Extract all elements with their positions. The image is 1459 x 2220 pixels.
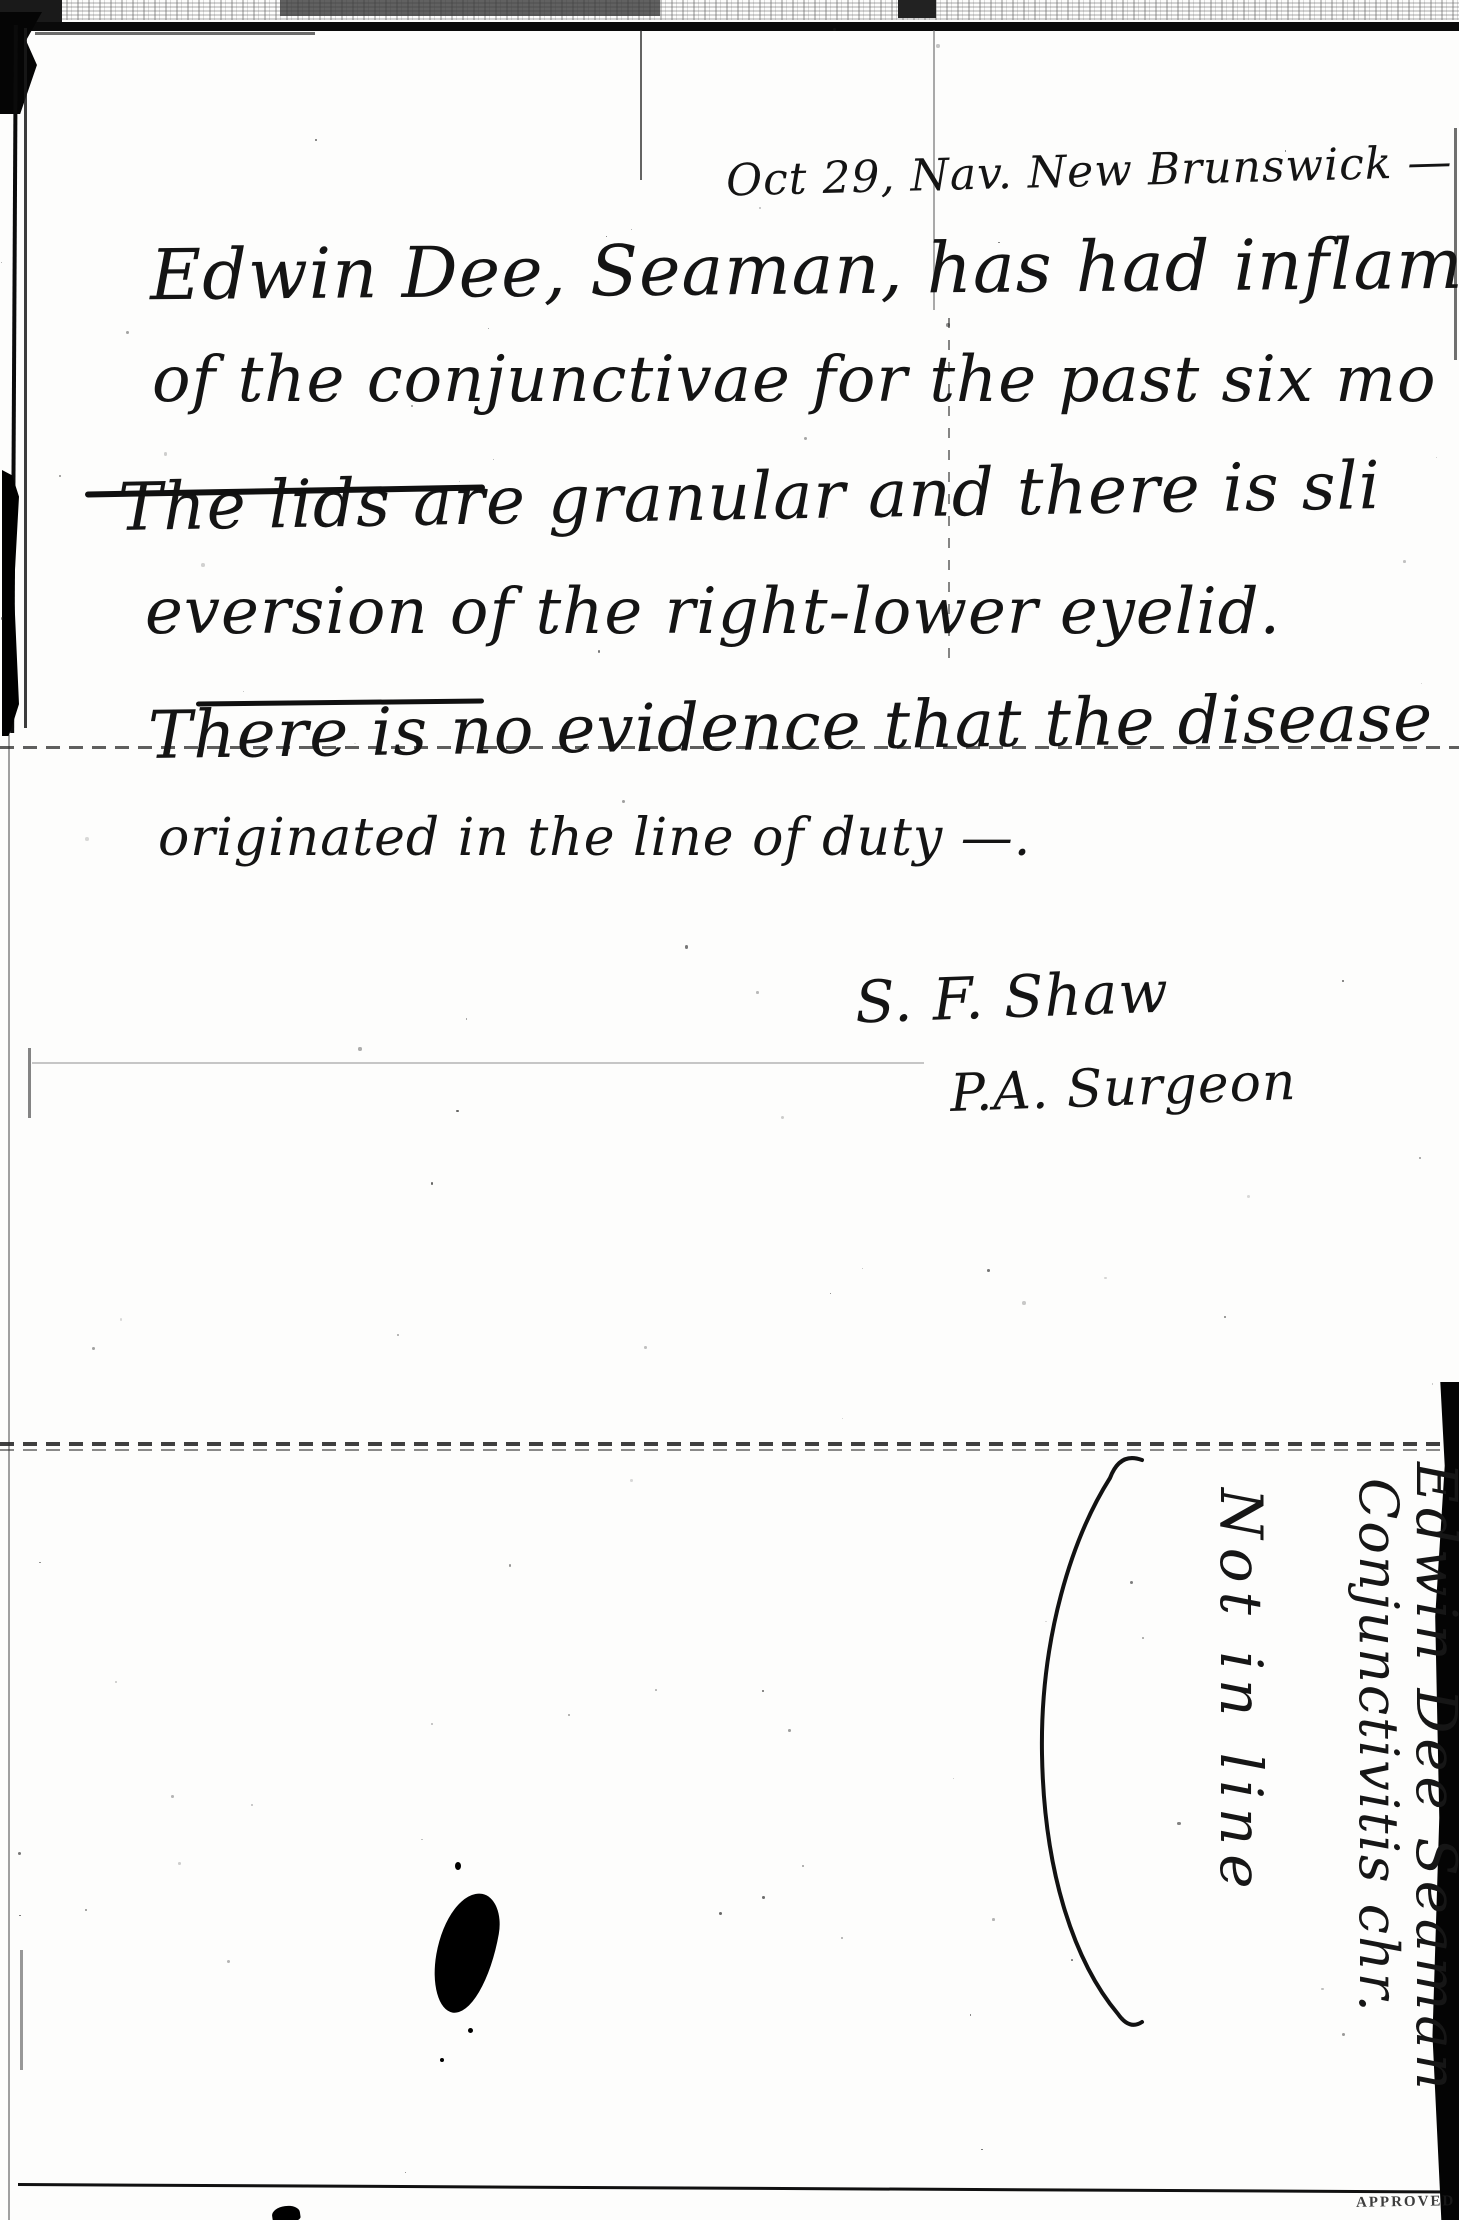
fold-line-main-echo	[0, 1449, 1459, 1451]
paper-speck	[466, 1018, 468, 1020]
paper-speck	[171, 1795, 174, 1798]
paper-speck	[762, 1896, 765, 1899]
scan-artifact-left-stroke-mid	[28, 1048, 31, 1118]
date-heading: Oct 29, Nav. New Brunswick —	[726, 140, 1453, 203]
paper-speck	[655, 1689, 657, 1691]
annotation-brace	[1020, 1452, 1150, 2042]
scan-artifact-vline-center-a	[640, 30, 642, 180]
body-line-3: The lids are granular and there is sli	[118, 453, 1382, 541]
paper-speck	[397, 1334, 399, 1336]
paper-speck	[644, 1346, 647, 1349]
paper-speck	[1436, 457, 1437, 458]
scan-artifact-top-bar	[30, 22, 1459, 31]
signature-name: S. F. Shaw	[854, 963, 1170, 1032]
paper-speck	[421, 1839, 423, 1841]
paper-speck	[1419, 1157, 1421, 1159]
paper-speck	[598, 650, 600, 652]
paper-speck	[622, 800, 625, 803]
paper-speck	[488, 328, 489, 329]
body-line-5: There is no evidence that the disease	[148, 685, 1434, 769]
approved-stamp: APPROVED	[1356, 2193, 1456, 2212]
paper-speck	[781, 1116, 784, 1119]
ink-blot-speck-b	[468, 2028, 473, 2033]
paper-speck	[804, 437, 807, 440]
paper-speck	[1224, 1316, 1225, 1317]
paper-speck	[981, 2149, 983, 2151]
paper-speck	[1104, 1277, 1107, 1280]
body-line-2: of the conjunctivae for the past six mo	[152, 348, 1436, 412]
scan-artifact-left-stroke-low	[20, 1950, 23, 2070]
scan-artifact-top-bar-shadow	[35, 32, 315, 35]
paper-speck	[251, 1804, 253, 1806]
paper-speck	[19, 1915, 21, 1917]
paper-speck	[509, 1564, 512, 1567]
paper-speck	[1432, 1383, 1434, 1385]
ink-blot	[427, 1888, 505, 2018]
paper-speck	[1321, 1988, 1324, 1991]
paper-speck	[315, 139, 316, 140]
body-line-1: Edwin Dee, Seaman, has had inflamma	[150, 228, 1459, 310]
paper-speck	[18, 1852, 21, 1855]
paper-speck	[243, 691, 244, 692]
paper-speck	[126, 331, 129, 334]
paper-speck	[756, 991, 759, 994]
paper-speck	[759, 207, 761, 209]
body-line-6: originated in the line of duty —.	[158, 812, 1031, 864]
paper-speck	[762, 1690, 764, 1692]
docket-name: Edwin Dee Seaman	[1404, 1462, 1459, 2095]
ink-blot-speck-a	[455, 1862, 461, 1870]
docket-verdict: Not in line	[1208, 1488, 1272, 1898]
docket-diagnosis: Conjunctivitis chr.	[1349, 1478, 1408, 2014]
paper-speck	[115, 1681, 117, 1683]
paper-speck	[1022, 1301, 1026, 1305]
paper-speck	[1342, 2033, 1345, 2036]
paper-speck	[201, 563, 205, 567]
paper-speck	[39, 1562, 40, 1563]
paper-speck	[59, 475, 61, 477]
paper-speck	[1, 262, 2, 263]
scanned-document-page: Oct 29, Nav. New Brunswick — Edwin Dee, …	[0, 0, 1459, 2220]
paper-speck	[1342, 980, 1344, 982]
paper-speck	[227, 1960, 230, 1963]
bottom-edge-mark	[271, 2204, 301, 2220]
paper-speck	[862, 1268, 863, 1269]
paper-speck	[1177, 1822, 1180, 1825]
scan-artifact-top-dark-segment-c	[898, 0, 936, 18]
scan-artifact-left-faint-line	[8, 735, 10, 2220]
paper-speck	[164, 452, 167, 455]
crease-line-faint-middle	[32, 1062, 924, 1064]
paper-speck	[841, 1937, 843, 1939]
paper-speck	[405, 2172, 406, 2173]
paper-speck	[568, 1714, 570, 1716]
paper-speck	[987, 1269, 990, 1272]
paper-speck	[936, 44, 939, 47]
paper-speck	[788, 1729, 791, 1732]
scan-noise-top-band	[0, 0, 1459, 20]
paper-speck	[630, 1479, 633, 1482]
paper-speck	[120, 1318, 123, 1321]
paper-speck	[493, 459, 494, 460]
scan-artifact-left-thick-bar	[2, 470, 19, 736]
paper-speck	[685, 945, 688, 948]
paper-speck	[92, 1347, 95, 1350]
paper-speck	[1403, 560, 1406, 563]
paper-speck	[178, 1862, 181, 1865]
scan-artifact-left-vline-b	[24, 28, 27, 728]
body-line-4: eversion of the right-lower eyelid.	[145, 580, 1281, 644]
ink-blot-speck-c	[440, 2058, 444, 2062]
paper-speck	[1247, 1195, 1250, 1198]
paper-speck	[358, 1047, 361, 1050]
paper-speck	[431, 1182, 434, 1185]
paper-speck	[719, 1912, 722, 1915]
paper-speck	[842, 1418, 843, 1419]
paper-speck	[970, 2014, 971, 2015]
scan-artifact-top-dark-segment-b	[280, 0, 660, 16]
paper-speck	[992, 1918, 995, 1921]
paper-speck	[85, 1909, 88, 1912]
paper-speck	[953, 1778, 954, 1779]
bottom-rule-line	[18, 2183, 1459, 2194]
paper-speck	[431, 1723, 433, 1725]
fold-line-main	[0, 1442, 1459, 1446]
paper-speck	[802, 1865, 805, 1868]
paper-speck	[85, 837, 89, 841]
signature-title: P.A. Surgeon	[949, 1056, 1297, 1120]
paper-speck	[456, 1110, 459, 1113]
paper-speck	[830, 1293, 832, 1295]
